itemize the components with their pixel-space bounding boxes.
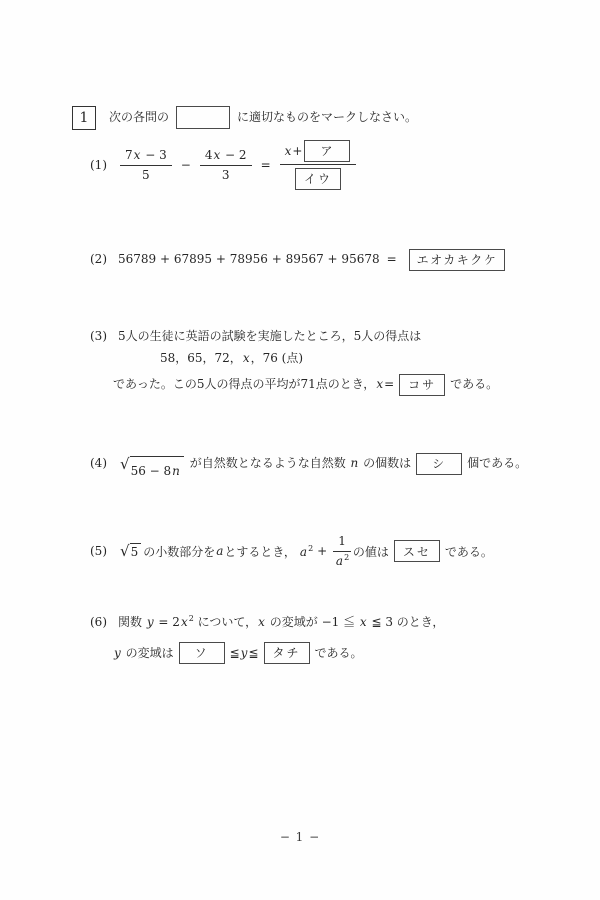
variable-x: x	[180, 615, 189, 629]
problem-4-text2: の個数は	[359, 456, 411, 470]
problem-4: (4)√56 − 8n が自然数となるような自然数 n の個数はシ個である。	[90, 450, 527, 484]
radicand-text: 56 − 8	[131, 464, 172, 478]
problem-3-text1: 5人の生徒に英語の試験を実施したところ，5人の得点は	[118, 329, 421, 343]
answer-box-tachi: タチ	[264, 642, 310, 664]
section-number-box: 1	[72, 106, 96, 130]
problem-5-text3: の値は	[353, 543, 389, 560]
problem-6-text5: の変域は	[122, 646, 174, 660]
variable-y: y	[146, 615, 155, 629]
section-number: 1	[80, 105, 89, 131]
problem-4-text3: 個である。	[467, 456, 527, 470]
square-root: √5	[120, 543, 141, 560]
problem-5-text1: の小数部分を	[143, 543, 215, 560]
exam-page: 1 次の各問のに適切なものをマークしなさい。 (1) 7x − 3 5 − 4x…	[0, 0, 600, 900]
fraction-numerator: 1	[333, 533, 351, 551]
answer-fraction-denominator: イウ	[293, 165, 343, 190]
answer-box-shi: シ	[416, 453, 462, 475]
radical-sign: √	[120, 543, 130, 560]
answer-box-so-label: ソ	[195, 640, 209, 666]
answer-box-suse: スセ	[394, 540, 440, 562]
problem-3: (3)5人の生徒に英語の試験を実施したところ，5人の得点は 58，65，72，x…	[90, 326, 498, 397]
fraction-2-denominator: 3	[222, 166, 230, 183]
answer-box-iu-label: イウ	[304, 171, 332, 187]
problem-6-line1: (6)関数 y = 2x2 について，x の変域が −1 ≦ x ≦ 3 のとき…	[90, 612, 444, 634]
answer-box-shi-label: シ	[432, 451, 446, 477]
fraction-1-numerator: 7x − 3	[120, 147, 172, 165]
variable-n: n	[350, 456, 360, 470]
variable-x: x	[212, 148, 221, 162]
sum-expression: 56789 + 67895 + 78956 + 89567 + 95678	[118, 252, 380, 266]
answer-fraction: x + ア イウ	[280, 140, 357, 190]
equals-sign: =	[384, 377, 394, 391]
answer-box-eokakikuke: エオカキクケ	[409, 249, 506, 271]
reciprocal-fraction: 1 a2	[333, 533, 351, 568]
header-text-after: に適切なものをマークしなさい。	[237, 110, 417, 124]
scores-before: 58，65，72，	[160, 351, 242, 365]
variable-x: x	[375, 377, 384, 391]
problem-3-scores: 58，65，72，x，76 (点)	[160, 348, 498, 370]
equals-sign: =	[261, 158, 271, 172]
problem-5-text2: とするとき，	[224, 543, 296, 560]
answer-box-a: ア	[304, 140, 350, 162]
fraction-2-numerator: 4x − 2	[200, 147, 252, 165]
plus-operator: +	[292, 143, 302, 159]
problem-5: (5) √5 の小数部分を a とするとき， a2 + 1 a2 の値は スセ …	[90, 531, 493, 571]
problem-4-label: (4)	[90, 456, 107, 470]
answer-box-so: ソ	[179, 642, 225, 664]
problem-6-line2: y の変域はソ≦y≦タチである。	[113, 640, 444, 666]
answer-box-kosa: コサ	[399, 374, 445, 396]
square-root: √56 − 8n	[120, 456, 184, 484]
rest: − 2	[221, 148, 246, 162]
problem-2-label: (2)	[90, 252, 107, 266]
variable-x: x	[359, 615, 368, 629]
header-blank-box	[176, 106, 230, 129]
problem-3-line3: であった。この5人の得点の平均が71点のとき，x=コサである。	[113, 371, 498, 397]
radicand: 56 − 8n	[130, 456, 184, 484]
fraction-2: 4x − 2 3	[200, 147, 252, 182]
problem-6: (6)関数 y = 2x2 について，x の変域が −1 ≦ x ≦ 3 のとき…	[90, 612, 444, 666]
problem-2: (2)56789 + 67895 + 78956 + 89567 + 95678…	[90, 246, 510, 272]
problem-3-text2: であった。この5人の得点の平均が71点のとき，	[113, 377, 375, 391]
problem-6-text2: について，	[194, 615, 257, 629]
radicand: 5	[130, 543, 142, 559]
answer-box-kosa-label: コサ	[408, 372, 436, 398]
a-squared-term: a2	[299, 544, 313, 559]
variable-x: x	[257, 615, 266, 629]
section-header: 1 次の各問のに適切なものをマークしなさい。	[72, 104, 417, 130]
leq-sign: ≦	[230, 646, 240, 660]
function-equals: = 2	[155, 615, 180, 629]
problem-3-label: (3)	[90, 329, 107, 343]
variable-x: x	[284, 143, 293, 159]
problem-1: (1) 7x − 3 5 − 4x − 2 3 = x + ア イウ	[90, 138, 358, 192]
radical-sign: √	[120, 456, 130, 473]
variable-a: a	[215, 544, 224, 558]
problem-6-label: (6)	[90, 615, 107, 629]
answer-box-suse-label: スセ	[403, 543, 431, 560]
problem-6-text4: ≦ 3 のとき，	[368, 615, 445, 629]
problem-6-text3: の変域が −1 ≦	[266, 615, 359, 629]
answer-box-iu: イウ	[295, 168, 341, 190]
scores-after: ，76 (点)	[251, 351, 303, 365]
answer-box-eokakikuke-label: エオカキクケ	[417, 247, 498, 273]
coef: 7	[125, 148, 133, 162]
equals-sign: =	[387, 252, 397, 266]
exponent: 2	[344, 553, 349, 562]
problem-1-label: (1)	[90, 158, 107, 172]
answer-box-tachi-label: タチ	[273, 640, 301, 666]
answer-box-a-label: ア	[320, 143, 334, 159]
problem-4-text1: が自然数となるような自然数	[186, 456, 350, 470]
problem-5-label: (5)	[90, 544, 107, 558]
problem-6-text1: 関数	[118, 615, 146, 629]
problem-6-text6: である。	[315, 646, 363, 660]
header-text-before: 次の各問の	[109, 110, 169, 124]
variable-a: a	[299, 545, 308, 559]
variable-x: x	[242, 351, 251, 365]
minus-operator: −	[181, 158, 191, 172]
plus-operator: +	[317, 544, 327, 558]
exponent: 2	[308, 544, 313, 553]
leq-sign: ≦	[248, 646, 258, 660]
page-number: − 1 −	[0, 830, 600, 844]
problem-3-text3: である。	[450, 377, 498, 391]
variable-a: a	[335, 554, 344, 568]
fraction-denominator: a2	[335, 552, 349, 569]
fraction-1: 7x − 3 5	[120, 147, 172, 182]
rest: − 3	[141, 148, 166, 162]
problem-3-line1: (3)5人の生徒に英語の試験を実施したところ，5人の得点は	[90, 326, 498, 348]
answer-fraction-numerator: x + ア	[280, 140, 357, 165]
fraction-1-denominator: 5	[142, 166, 150, 183]
variable-y: y	[113, 646, 122, 660]
problem-5-text4: である。	[445, 543, 493, 560]
variable-n: n	[171, 464, 181, 478]
